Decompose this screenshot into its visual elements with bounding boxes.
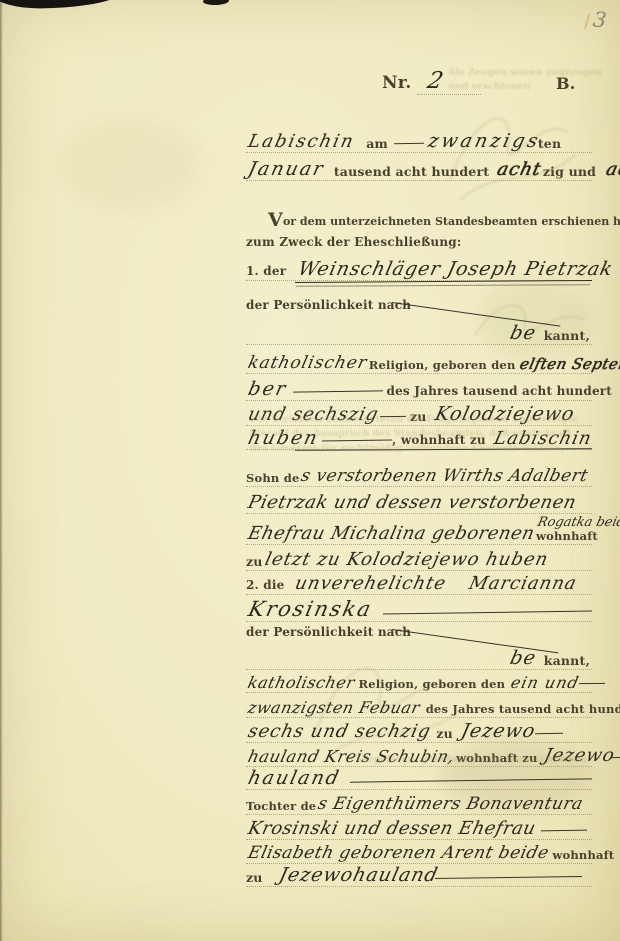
printed-text: kannt, xyxy=(544,329,590,344)
line-son-of-1: Sohn des verstorbenen Wirths Adalbert xyxy=(246,458,592,487)
line-religion-1: katholischerReligion, geboren denelften … xyxy=(246,346,592,374)
handwritten-dash xyxy=(350,778,592,782)
line-daughter-of-2: Krosinski und dessen Ehefrau xyxy=(246,812,592,840)
line-son-of-3: Ehefrau Michalina geborenenRogatka beide… xyxy=(246,512,592,545)
printed-text: wohnhaft xyxy=(536,530,598,542)
handwritten-dash xyxy=(612,757,620,758)
printed-text: zu xyxy=(246,871,263,886)
handwritten-text: Pietrzak und dessen verstorbenen xyxy=(246,494,578,513)
inserted-text-stack: Rogatka beidewohnhaft xyxy=(536,516,620,544)
nr-label: Nr. xyxy=(382,75,411,95)
handwritten-text: Krosinska xyxy=(246,599,375,621)
printed-text: ten xyxy=(538,137,561,152)
printed-text: am xyxy=(366,137,388,152)
bleedthrough-text: Die Verlobten beantworteten die Frage be… xyxy=(250,413,590,456)
handwritten-text: be xyxy=(508,649,538,669)
line-persoenlichkeit-1: der Persönlichkeit nach xyxy=(246,292,592,314)
line-birthyear-1: berdes Jahres tausend acht hundert xyxy=(246,374,592,401)
handwritten-text: Weinschläger Joseph Pietrzak xyxy=(296,260,615,280)
line-daughter-of-1: Tochter des Eigenthümers Bonaventura xyxy=(246,786,592,815)
handwritten-dash xyxy=(292,390,382,392)
handwritten-text: ein und xyxy=(509,675,581,692)
line-bride-name-1: 2. dieunverehelichteMarcianna xyxy=(246,566,592,595)
line-place-date-2: Januartausend acht hundertachtzig undach… xyxy=(246,154,592,181)
handwritten-text: acht xyxy=(495,161,543,180)
printed-text: des Jahres tausend acht hundert xyxy=(387,385,613,400)
bleedthrough-line: des Gesetzes für rechtmäßig verbundene E… xyxy=(250,442,590,456)
bleedthrough-line: Als Zeugen waren zugezogen xyxy=(448,66,598,80)
bleedthrough-line: und erschienen xyxy=(448,80,598,94)
handwritten-text: s verstorbenen Wirths Adalbert xyxy=(299,468,590,486)
line-birthyear-3: sechs und sechzigzuJezewo xyxy=(246,716,592,743)
handwritten-text: Jezewo xyxy=(459,722,537,742)
printed-text: 1. der xyxy=(246,265,286,280)
printed-text: der Persönlichkeit nach xyxy=(246,299,411,314)
nr-value-handwritten: 2 xyxy=(425,70,445,94)
line-birthdate-2: zwanzigsten Febuardes Jahres tausend ach… xyxy=(246,691,592,718)
handwritten-dash xyxy=(535,733,563,734)
handwritten-text: zwanzigs xyxy=(426,132,542,152)
handwritten-dash xyxy=(435,876,582,879)
printed-text: zig und xyxy=(543,165,596,180)
handwritten-text: zwanzigsten Febuar xyxy=(246,700,422,717)
printed-text: V xyxy=(268,212,283,230)
line-place-date-1: Labischinamzwanzigsten xyxy=(246,126,592,153)
handwritten-dash xyxy=(541,830,587,832)
handwritten-text: sechs und sechzig xyxy=(246,723,433,742)
handwritten-dash xyxy=(394,143,424,144)
bleedthrough-line: hierauf der Ausspruch des Standesbeamten… xyxy=(250,427,590,441)
printed-text: zu xyxy=(436,727,453,742)
line-son-of-2: Pietrzak und dessen verstorbenen xyxy=(246,486,592,514)
line-bride-name-2: Krosinska xyxy=(246,592,592,622)
line-religion-2: katholischerReligion, geboren denein und xyxy=(246,667,592,693)
bleedthrough-line: Vorgelesen, genehmigt und unterschrieben… xyxy=(356,753,576,767)
handwritten-text: Ehefrau Michalina geborenen xyxy=(246,525,536,544)
handwritten-text: be xyxy=(508,324,538,344)
printed-text: Religion, geboren den xyxy=(358,678,505,692)
bleedthrough-text: Vorgelesen, genehmigt und unterschrieben… xyxy=(356,753,576,767)
printed-text: des Jahres tausend acht hundert xyxy=(426,703,620,717)
line-bekannt-2: bekannt, xyxy=(246,643,592,670)
handwritten-text: katholischer xyxy=(246,355,369,373)
printed-text: Religion, geboren den xyxy=(369,359,516,373)
printed-text: Sohn de xyxy=(246,472,299,486)
printed-text: der Persönlichkeit nach xyxy=(246,626,411,641)
printed-text: or dem unterzeichneten Standesbeamten er… xyxy=(283,216,620,230)
bleedthrough-line: Die Verlobten beantworteten die Frage be… xyxy=(250,413,590,427)
line-groom-name: 1. derWeinschläger Joseph Pietrzak xyxy=(246,248,592,281)
scan-edge-left xyxy=(0,0,3,941)
handwritten-text: Jezewohauland xyxy=(277,866,440,886)
bleedthrough-text: Als Zeugen waren zugezogenund erschienen xyxy=(448,66,598,95)
line-daughter-of-4: zuJezewohauland xyxy=(246,859,592,887)
handwritten-text: Januar xyxy=(246,160,326,180)
handwritten-dash xyxy=(383,611,592,615)
line-intro-1: Vor dem unterzeichneten Standesbeamten e… xyxy=(268,206,592,230)
handwritten-text: Labischin xyxy=(246,133,357,152)
handwritten-text: elften Septem, xyxy=(518,357,620,373)
line-persoenlichkeit-2: der Persönlichkeit nach xyxy=(246,619,592,641)
handwritten-text: ber xyxy=(246,380,289,400)
handwritten-text: Rogatka beide xyxy=(536,516,620,530)
printed-text: tausend acht hundert xyxy=(334,165,489,180)
scanned-marriage-register-page: Nr. 2 B. 3 LabischinamzwanzigstenJanuart… xyxy=(0,0,620,941)
handwritten-text: katholischer xyxy=(246,675,356,692)
